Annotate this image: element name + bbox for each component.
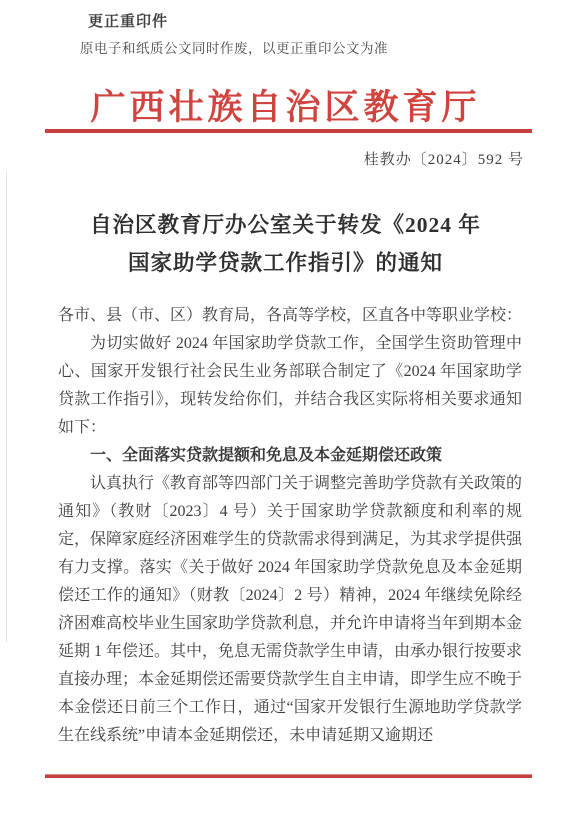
correction-reprint-stamp: 更正重印件 <box>88 10 168 31</box>
paragraph-section-1: 认真执行《教育部等四部门关于调整完善助学贷款有关政策的通知》（教财〔2023〕4… <box>58 470 522 750</box>
page-footer-rule <box>45 774 532 778</box>
document-title: 自治区教育厅办公室关于转发《2024 年 国家助学贷款工作指引》的通知 <box>30 206 541 282</box>
section-heading-1: 一、全面落实贷款提额和免息及本金延期偿还政策 <box>58 442 522 470</box>
document-page: 更正重印件 原电子和纸质公文同时作废，以更正重印公文为准 广西壮族自治区教育厅 … <box>0 0 571 818</box>
document-title-line-2: 国家助学贷款工作指引》的通知 <box>30 244 541 282</box>
agency-letterhead-title: 广西壮族自治区教育厅 <box>0 80 571 130</box>
correction-reprint-note: 原电子和纸质公文同时作废，以更正重印公文为准 <box>80 37 388 57</box>
document-title-line-1: 自治区教育厅办公室关于转发《2024 年 <box>30 206 541 244</box>
paragraph-intro: 为切实做好 2024 年国家助学贷款工作，全国学生资助管理中心、国家开发银行社会… <box>58 330 522 442</box>
salutation-line: 各市、县（市、区）教育局，各高等学校，区直各中等职业学校： <box>58 302 522 330</box>
letterhead-double-rule <box>45 129 532 133</box>
document-reference-number: 桂教办〔2024〕592 号 <box>364 148 524 169</box>
document-body: 各市、县（市、区）教育局，各高等学校，区直各中等职业学校： 为切实做好 2024… <box>58 302 522 750</box>
scan-artifact-edge-line <box>6 172 7 642</box>
